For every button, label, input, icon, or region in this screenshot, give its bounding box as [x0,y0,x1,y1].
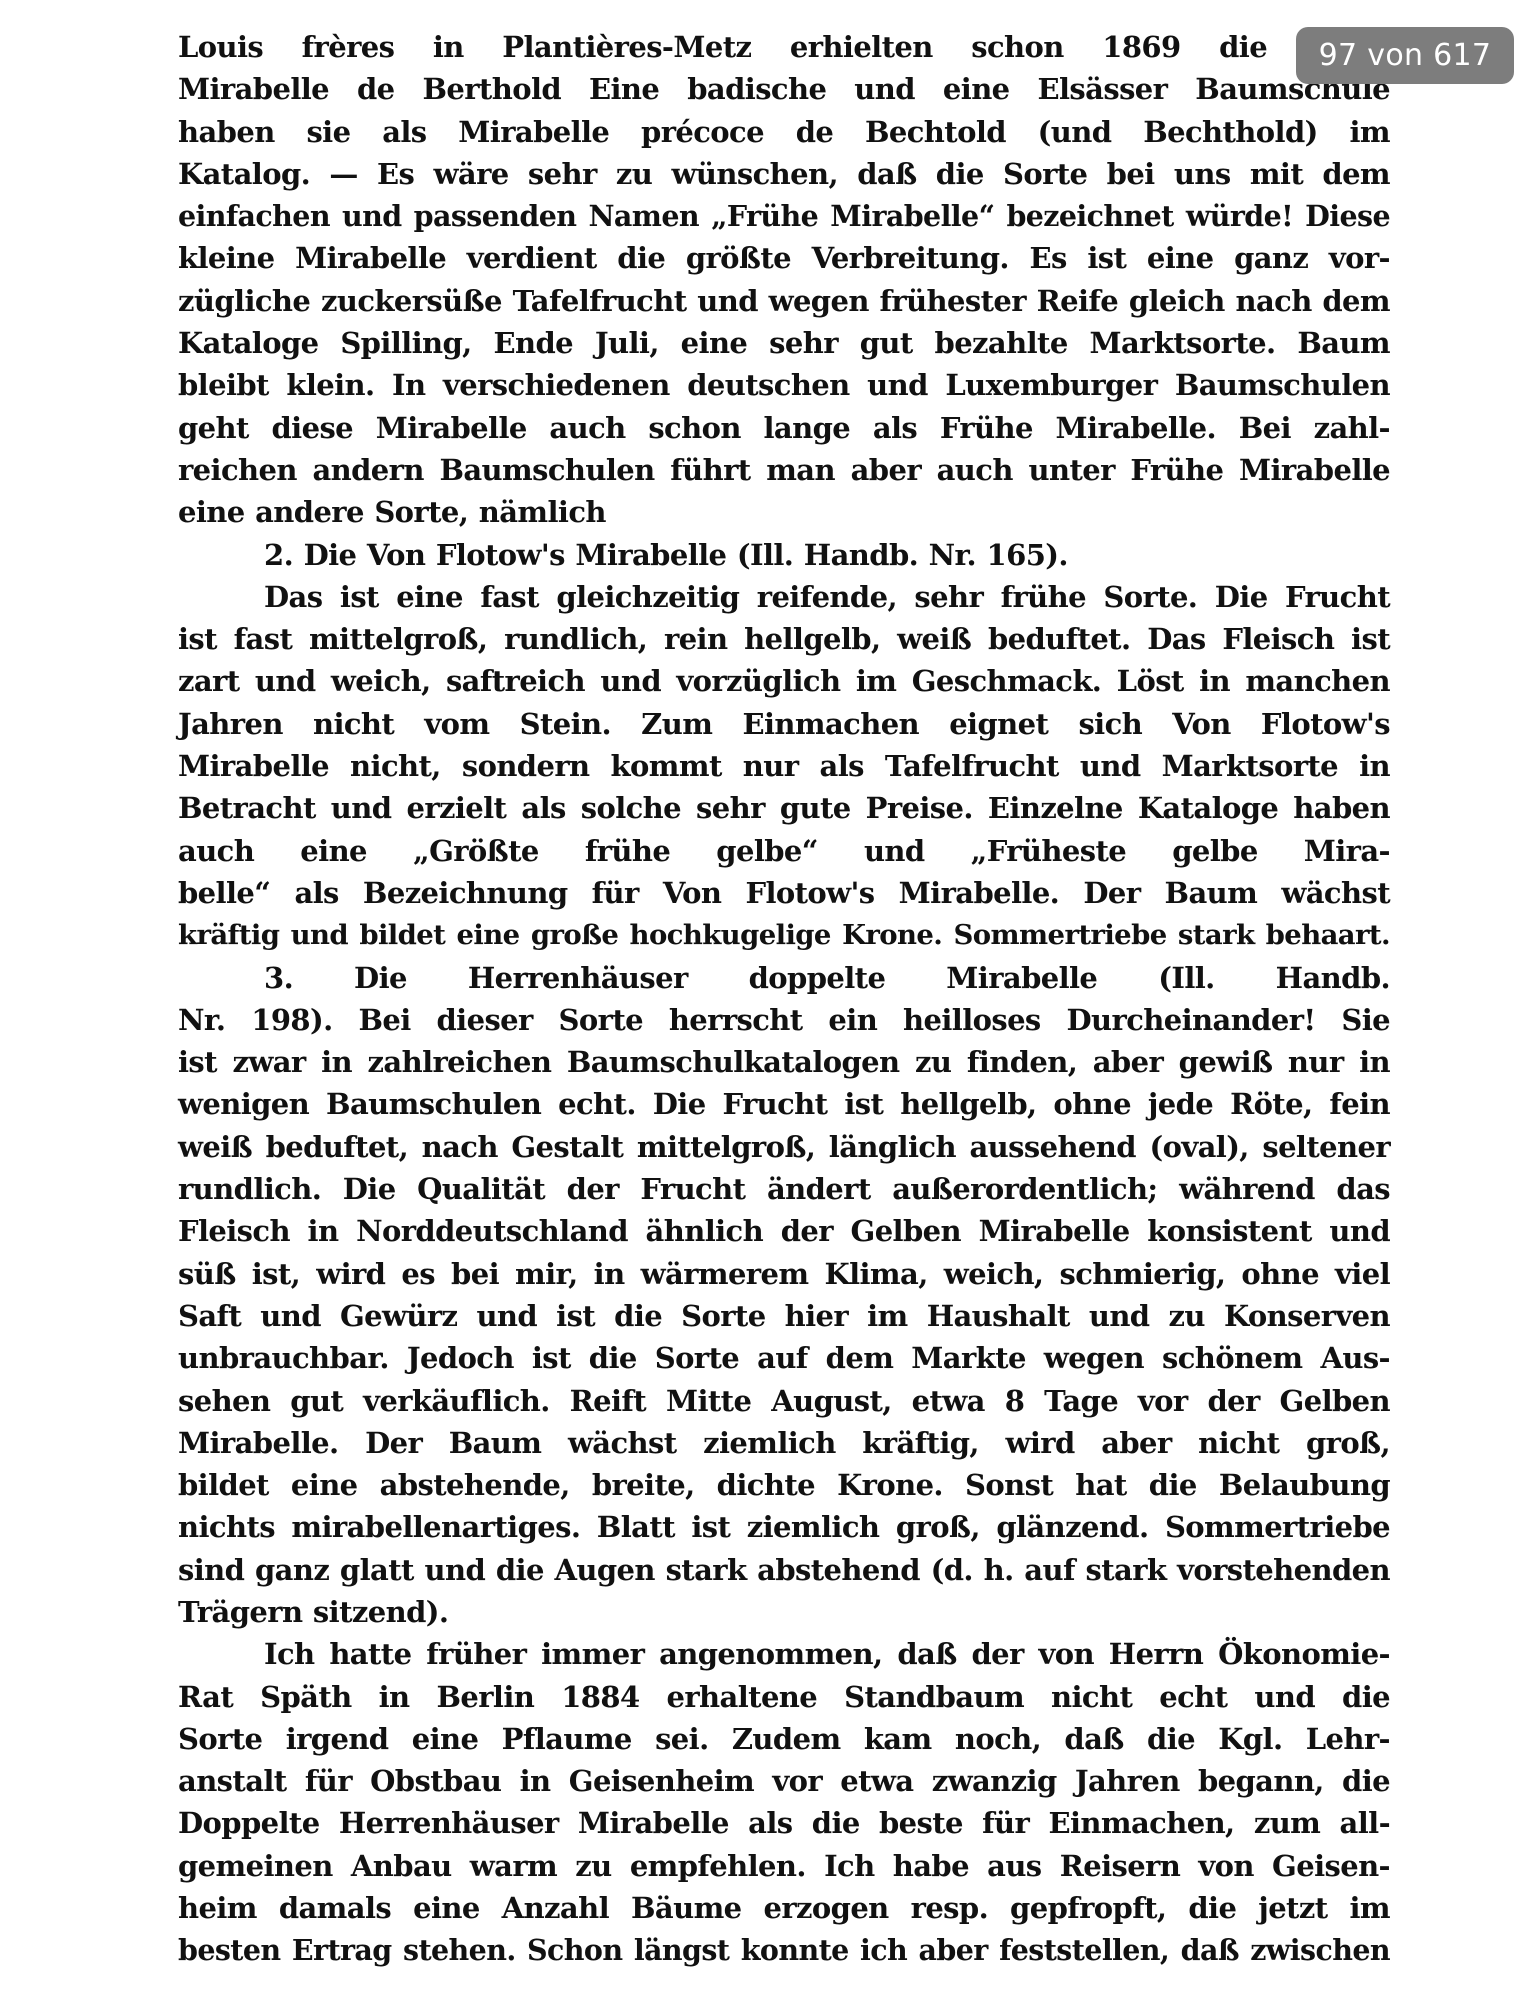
text-line: rundlich. Die Qualität der Frucht ändert… [178,1168,1390,1210]
text-line: nichts mirabellenartiges. Blatt ist ziem… [178,1506,1390,1548]
text-line: gemeinen Anbau warm zu empfehlen. Ich ha… [178,1845,1390,1887]
text-line: kräftig und bildet eine große hochkugeli… [178,914,1390,956]
text-line: besten Ertrag stehen. Schon längst konnt… [178,1929,1390,1971]
text-line: sind ganz glatt und die Augen stark abst… [178,1549,1390,1591]
text-line: Rat Späth in Berlin 1884 erhaltene Stand… [178,1676,1390,1718]
text-line: bildet eine abstehende, breite, dichte K… [178,1464,1390,1506]
text-line: geht diese Mirabelle auch schon lange al… [178,407,1390,449]
text-line: belle“ als Bezeichnung für Von Flotow's … [178,872,1390,914]
text-line: Trägern sitzend). [178,1591,1390,1633]
text-line: ist zwar in zahlreichen Baumschulkatalog… [178,1041,1390,1083]
text-line: Saft und Gewürz und ist die Sorte hier i… [178,1295,1390,1337]
text-line: süß ist, wird es bei mir, in wärmerem Kl… [178,1253,1390,1295]
text-line: ist fast mittelgroß, rundlich, rein hell… [178,618,1390,660]
text-line: weiß beduftet, nach Gestalt mittelgroß, … [178,1126,1390,1168]
text-line: sehen gut verkäuflich. Reift Mitte Augus… [178,1380,1390,1422]
page-indicator-badge: 97 von 617 [1296,27,1514,84]
text-line: eine andere Sorte, nämlich [178,491,1390,533]
text-line: Fleisch in Norddeutschland ähnlich der G… [178,1210,1390,1252]
text-line: zart und weich, saftreich und vorzüglich… [178,660,1390,702]
text-line: auch eine „Größte frühe gelbe“ und „Früh… [178,830,1390,872]
text-line: anstalt für Obstbau in Geisenheim vor et… [178,1760,1390,1802]
text-line: Mirabelle. Der Baum wächst ziemlich kräf… [178,1422,1390,1464]
text-line: haben sie als Mirabelle précoce de Becht… [178,111,1390,153]
text-line: Katalog. — Es wäre sehr zu wünschen, daß… [178,153,1390,195]
text-line: Betracht und erzielt als solche sehr gut… [178,787,1390,829]
text-line: Louis frères in Plantières-Metz erhielte… [178,26,1390,68]
text-line: heim damals eine Anzahl Bäume erzogen re… [178,1887,1390,1929]
text-line: Kataloge Spilling, Ende Juli, eine sehr … [178,322,1390,364]
text-line: einfachen und passenden Namen „Frühe Mir… [178,195,1390,237]
text-line: wenigen Baumschulen echt. Die Frucht ist… [178,1083,1390,1125]
text-line: zügliche zuckersüße Tafelfrucht und wege… [178,280,1390,322]
text-line: bleibt klein. In verschiedenen deutschen… [178,364,1390,406]
text-line: Doppelte Herrenhäuser Mirabelle als die … [178,1802,1390,1844]
text-line: reichen andern Baumschulen führt man abe… [178,449,1390,491]
text-line: Nr. 198). Bei dieser Sorte herrscht ein … [178,999,1390,1041]
section-heading: 2. Die Von Flotow's Mirabelle (Ill. Hand… [178,534,1390,576]
text-line: 3. Die Herrenhäuser doppelte Mirabelle (… [178,957,1390,999]
text-line: Mirabelle de Berthold Eine badische und … [178,68,1390,110]
text-line: Jahren nicht vom Stein. Zum Einmachen ei… [178,703,1390,745]
text-line: Mirabelle nicht, sondern kommt nur als T… [178,745,1390,787]
document-page: Louis frères in Plantières-Metz erhielte… [178,26,1390,1972]
text-line: Sorte irgend eine Pflaume sei. Zudem kam… [178,1718,1390,1760]
text-line: Ich hatte früher immer angenommen, daß d… [178,1633,1390,1675]
text-line: kleine Mirabelle verdient die größte Ver… [178,237,1390,279]
text-line: Das ist eine fast gleichzeitig reifende,… [178,576,1390,618]
text-line: unbrauchbar. Jedoch ist die Sorte auf de… [178,1337,1390,1379]
